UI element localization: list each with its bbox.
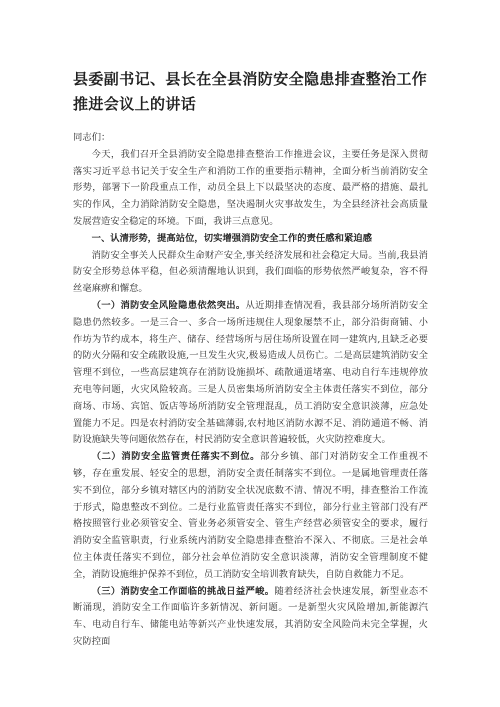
section-1-heading: 一、认清形势，提高站位，切实增强消防安全工作的责任感和紧迫感 [73,231,428,248]
subsection-3-lead: （三）消防安全工作面临的挑战日益严峻。 [92,586,275,597]
section-1-overview: 消防安全事关人民群众生命财产安全,事关经济发展和社会稳定大局。当前,我县消防安全… [73,248,428,298]
intro-paragraph: 今天，我们召开全县消防安全隐患排查整治工作推进会议，主要任务是深入贯彻落实习近平… [73,147,428,231]
document-title: 县委副书记、县长在全县消防安全隐患排查整治工作推进会议上的讲话 [73,67,428,117]
subsection-2-lead: （二）消防安全监管责任落实不到位。 [92,451,260,462]
document-body: 同志们： 今天，我们召开全县消防安全隐患排查整治工作推进会议，主要任务是深入贯彻… [73,130,428,651]
subsection-1-lead: （一）消防安全风险隐患依然突出。 [92,300,246,311]
salutation: 同志们： [73,130,428,147]
document-page: 县委副书记、县长在全县消防安全隐患排查整治工作推进会议上的讲话 同志们： 今天，… [0,0,500,707]
subsection-1-body: 从近期排查情况看，我县部分场所消防安全隐患仍然较多。一是三合一、多合一场所违规住… [73,300,428,445]
subsection-2-body: 部分乡镇、部门对消防安全工作重视不够，存在重发展、轻安全的思想，消防安全责任制落… [73,451,428,580]
subsection-1-paragraph: （一）消防安全风险隐患依然突出。从近期排查情况看，我县部分场所消防安全隐患仍然较… [73,298,428,449]
subsection-2-paragraph: （二）消防安全监管责任落实不到位。部分乡镇、部门对消防安全工作重视不够，存在重发… [73,449,428,583]
subsection-3-paragraph: （三）消防安全工作面临的挑战日益严峻。随着经济社会快速发展，新型业态不断涌现，消… [73,584,428,651]
